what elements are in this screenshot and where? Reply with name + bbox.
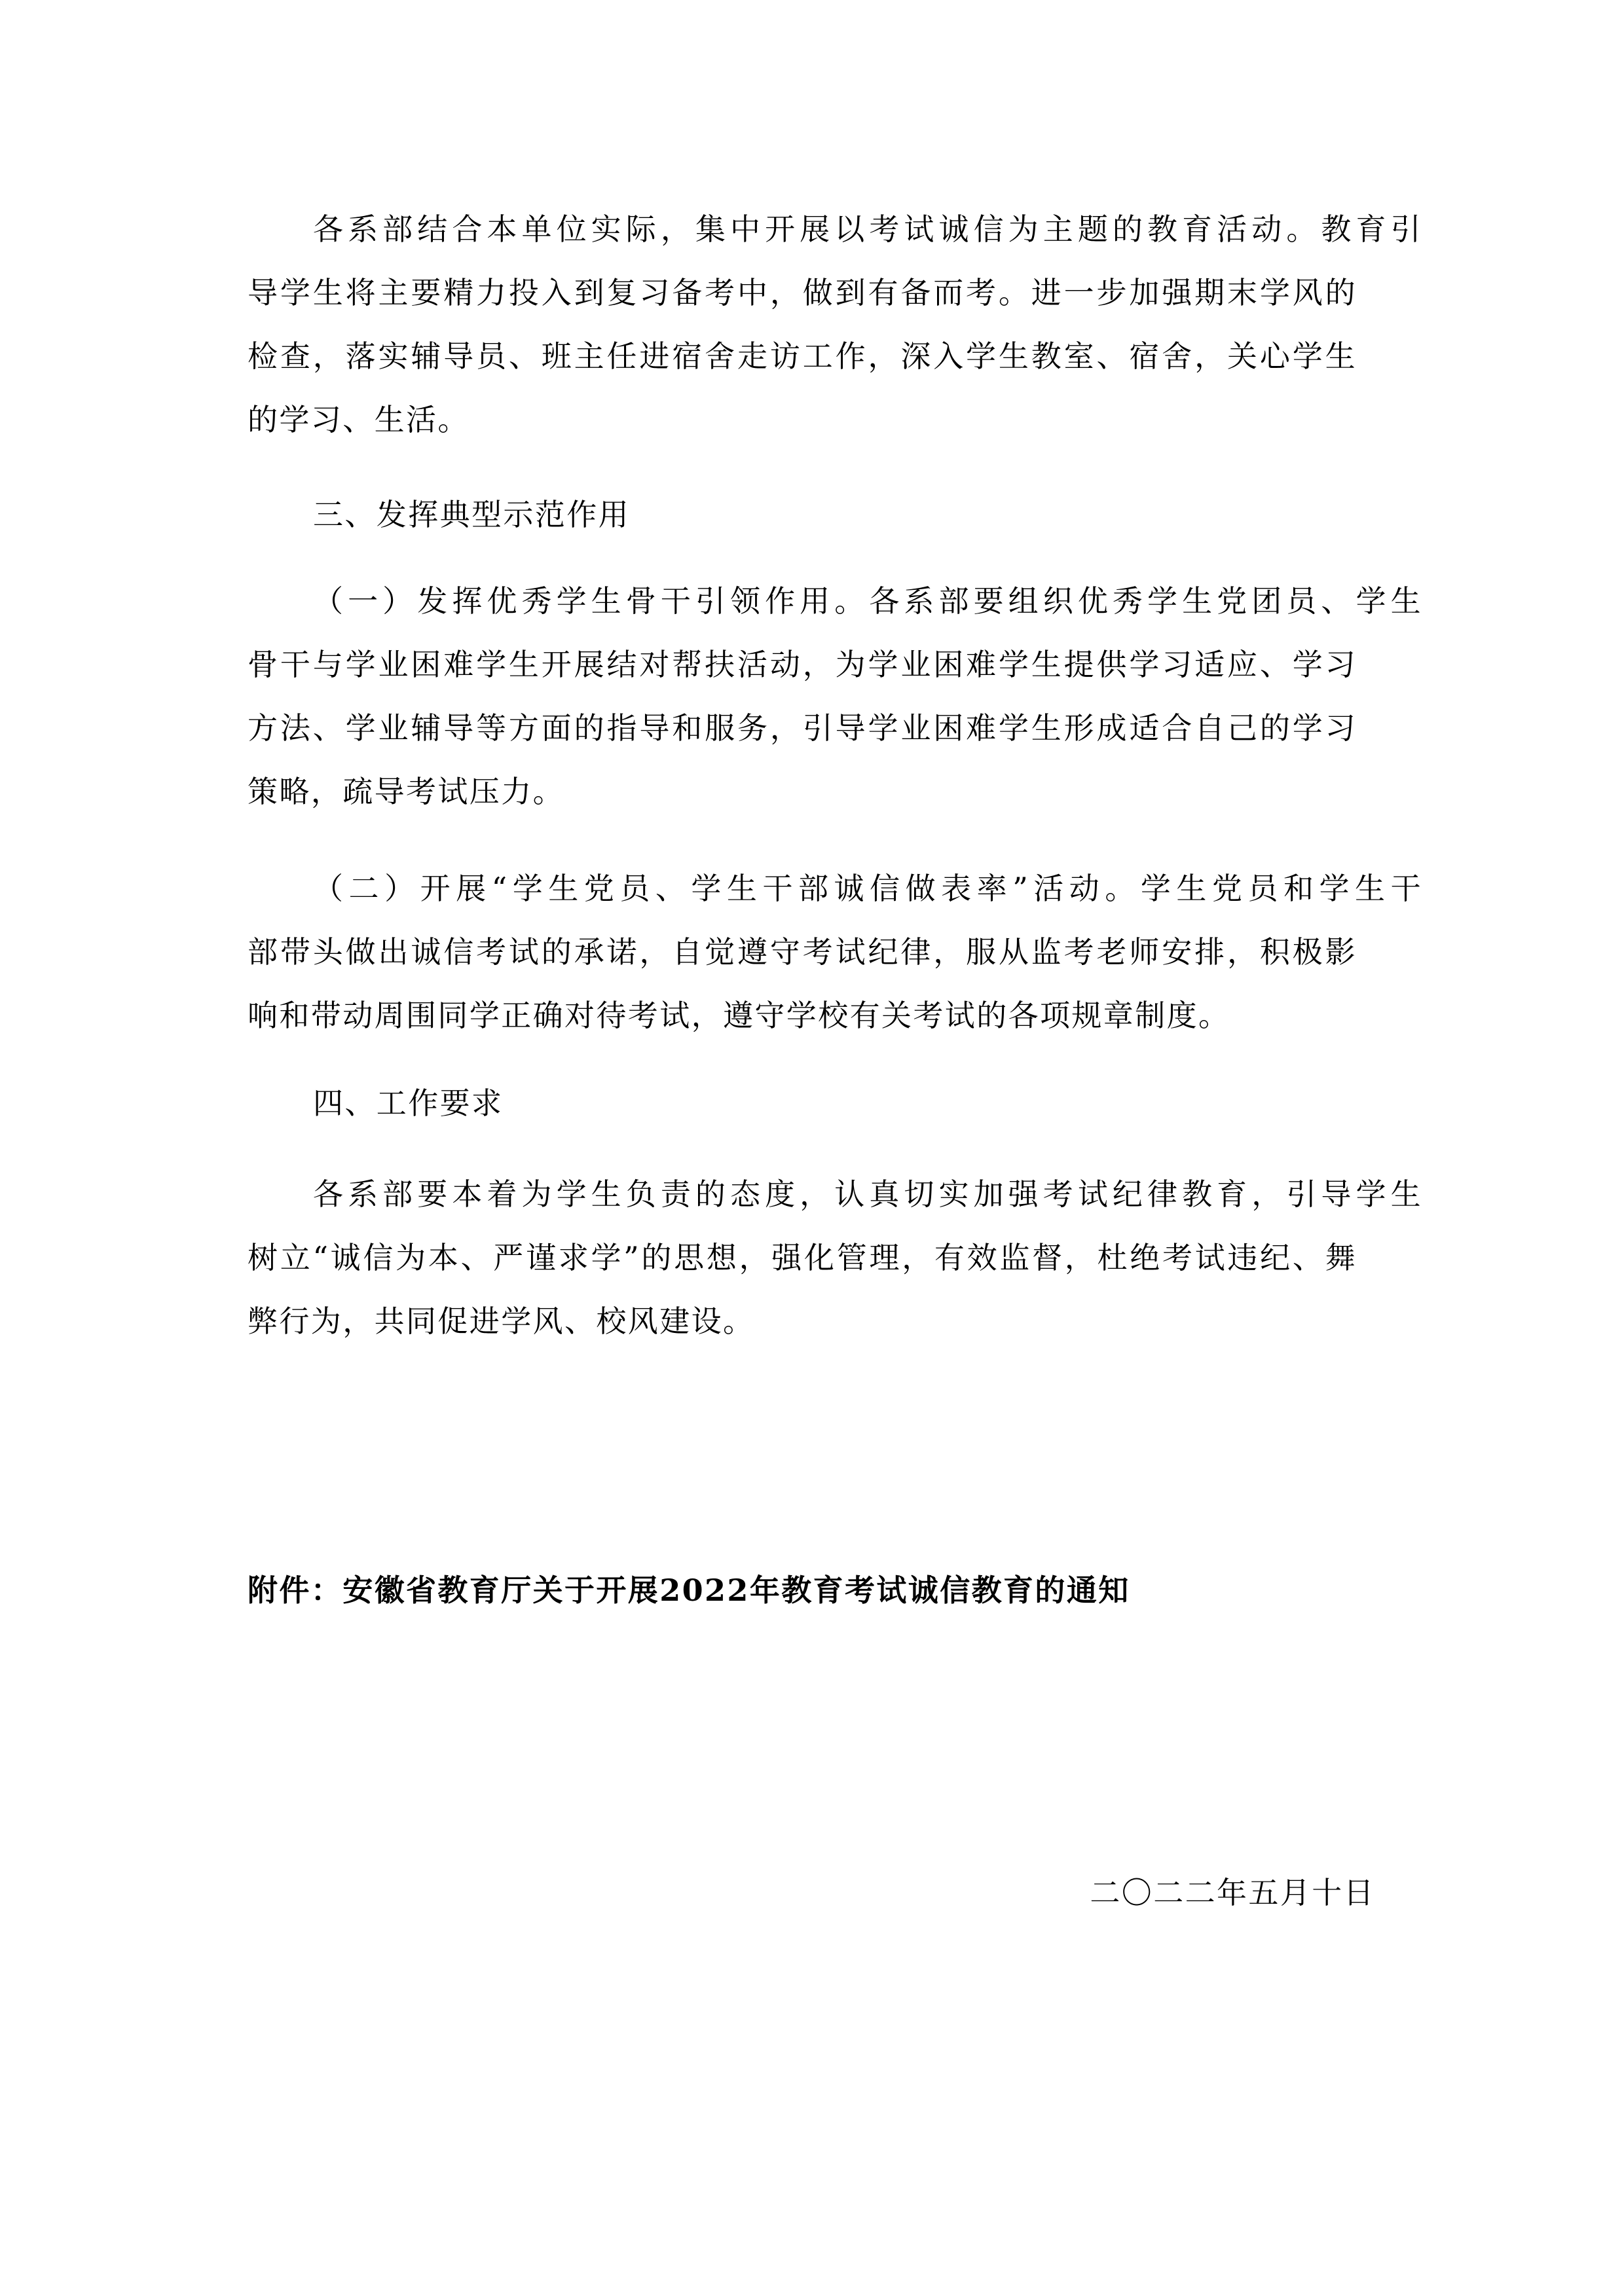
text-line: 各系部要本着为学生负责的态度，认真切实加强考试纪律教育，引导学生 xyxy=(248,1163,1422,1226)
text-line: 骨干与学业困难学生开展结对帮扶活动，为学业困难学生提供学习适应、学习 xyxy=(248,633,1357,697)
heading-text: 四、工作要求 xyxy=(248,1072,1361,1135)
text-line: 策略，疏导考试压力。 xyxy=(248,760,1361,824)
paragraph-work-requirements: 各系部要本着为学生负责的态度，认真切实加强考试纪律教育，引导学生 树立“诚信为本… xyxy=(248,1163,1361,1353)
text-line: 部带头做出诚信考试的承诺，自觉遵守考试纪律，服从监考老师安排，积极影 xyxy=(248,920,1357,984)
attachment-note: 附件：安徽省教育厅关于开展2022年教育考试诚信教育的通知 xyxy=(248,1559,1361,1622)
paragraph-item-1: （一）发挥优秀学生骨干引领作用。各系部要组织优秀学生党团员、学生 骨干与学业困难… xyxy=(248,570,1361,824)
text-line: 的学习、生活。 xyxy=(248,388,1361,452)
text-line: 导学生将主要精力投入到复习备考中，做到有备而考。进一步加强期末学风的 xyxy=(248,261,1357,325)
document-page: 各系部结合本单位实际，集中开展以考试诚信为主题的教育活动。教育引 导学生将主要精… xyxy=(0,0,1624,2296)
text-line: 响和带动周围同学正确对待考试，遵守学校有关考试的各项规章制度。 xyxy=(248,984,1361,1048)
document-date: 二〇二二年五月十日 xyxy=(1084,1861,1375,1925)
text-line: 树立“诚信为本、严谨求学”的思想，强化管理，有效监督，杜绝考试违纪、舞 xyxy=(248,1226,1357,1290)
text-line: 各系部结合本单位实际，集中开展以考试诚信为主题的教育活动。教育引 xyxy=(248,198,1422,261)
heading-text: 三、发挥典型示范作用 xyxy=(248,483,1361,547)
text-line: 检查，落实辅导员、班主任进宿舍走访工作，深入学生教室、宿舍，关心学生 xyxy=(248,325,1357,388)
text-line: （二）开展“学生党员、学生干部诚信做表率”活动。学生党员和学生干 xyxy=(248,857,1422,920)
text-line: （一）发挥优秀学生骨干引领作用。各系部要组织优秀学生党团员、学生 xyxy=(248,570,1422,633)
attachment-text: 附件：安徽省教育厅关于开展2022年教育考试诚信教育的通知 xyxy=(248,1559,1361,1622)
paragraph-exam-integrity-activities: 各系部结合本单位实际，集中开展以考试诚信为主题的教育活动。教育引 导学生将主要精… xyxy=(248,198,1361,452)
text-line: 弊行为，共同促进学风、校风建设。 xyxy=(248,1290,1361,1353)
text-line: 方法、学业辅导等方面的指导和服务，引导学业困难学生形成适合自己的学习 xyxy=(248,697,1357,760)
paragraph-item-2: （二）开展“学生党员、学生干部诚信做表率”活动。学生党员和学生干 部带头做出诚信… xyxy=(248,857,1361,1048)
section-heading-4: 四、工作要求 xyxy=(248,1072,1361,1135)
section-heading-3: 三、发挥典型示范作用 xyxy=(248,483,1361,547)
